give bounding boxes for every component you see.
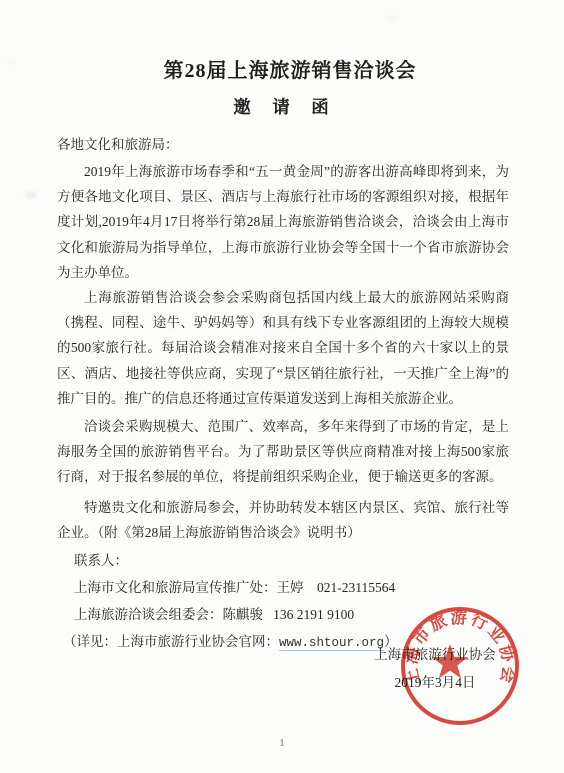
- page-number: 1: [0, 737, 564, 749]
- scan-artifact: [25, 192, 37, 198]
- contacts-label: 联系人：: [74, 547, 564, 574]
- scan-artifact: [388, 16, 397, 21]
- paragraph-4: 特邀贵文化和旅游局参会，并协助转发本辖区内景区、宾馆、旅行社等企业。（附《第28…: [57, 495, 509, 545]
- website-prefix: （详见：上海市旅游行业协会官网：: [63, 634, 279, 649]
- document-page: 第28届上海旅游销售洽谈会 邀 请 函 各地文化和旅游局： 2019年上海旅游市…: [0, 0, 564, 773]
- document-subtitle: 邀 请 函: [0, 95, 564, 119]
- salutation: 各地文化和旅游局：: [57, 132, 564, 157]
- letter-body: 2019年上海旅游市场春季和“五一黄金周”的游客出游高峰即将到来，为方便各地文化…: [57, 159, 509, 545]
- paragraph-3: 洽谈会采购规模大、范围广、效率高，多年来得到了市场的肯定，是上海服务全国的旅游销…: [57, 414, 509, 490]
- contact-line-culture-bureau: 上海市文化和旅游局宣传推广处：王婷 021-23115564: [74, 574, 564, 601]
- stamp-star-icon: [432, 644, 468, 678]
- website-link[interactable]: www.shtour.org: [279, 636, 384, 651]
- official-seal-stamp: 上海市旅游行业协会: [398, 604, 522, 728]
- paragraph-2: 上海旅游销售洽谈会参会采购商包括国内线上最大的旅游网站采购商（携程、同程、途牛、…: [57, 285, 509, 411]
- document-title: 第28届上海旅游销售洽谈会: [8, 58, 564, 85]
- paragraph-1: 2019年上海旅游市场春季和“五一黄金周”的游客出游高峰即将到来，为方便各地文化…: [57, 159, 509, 285]
